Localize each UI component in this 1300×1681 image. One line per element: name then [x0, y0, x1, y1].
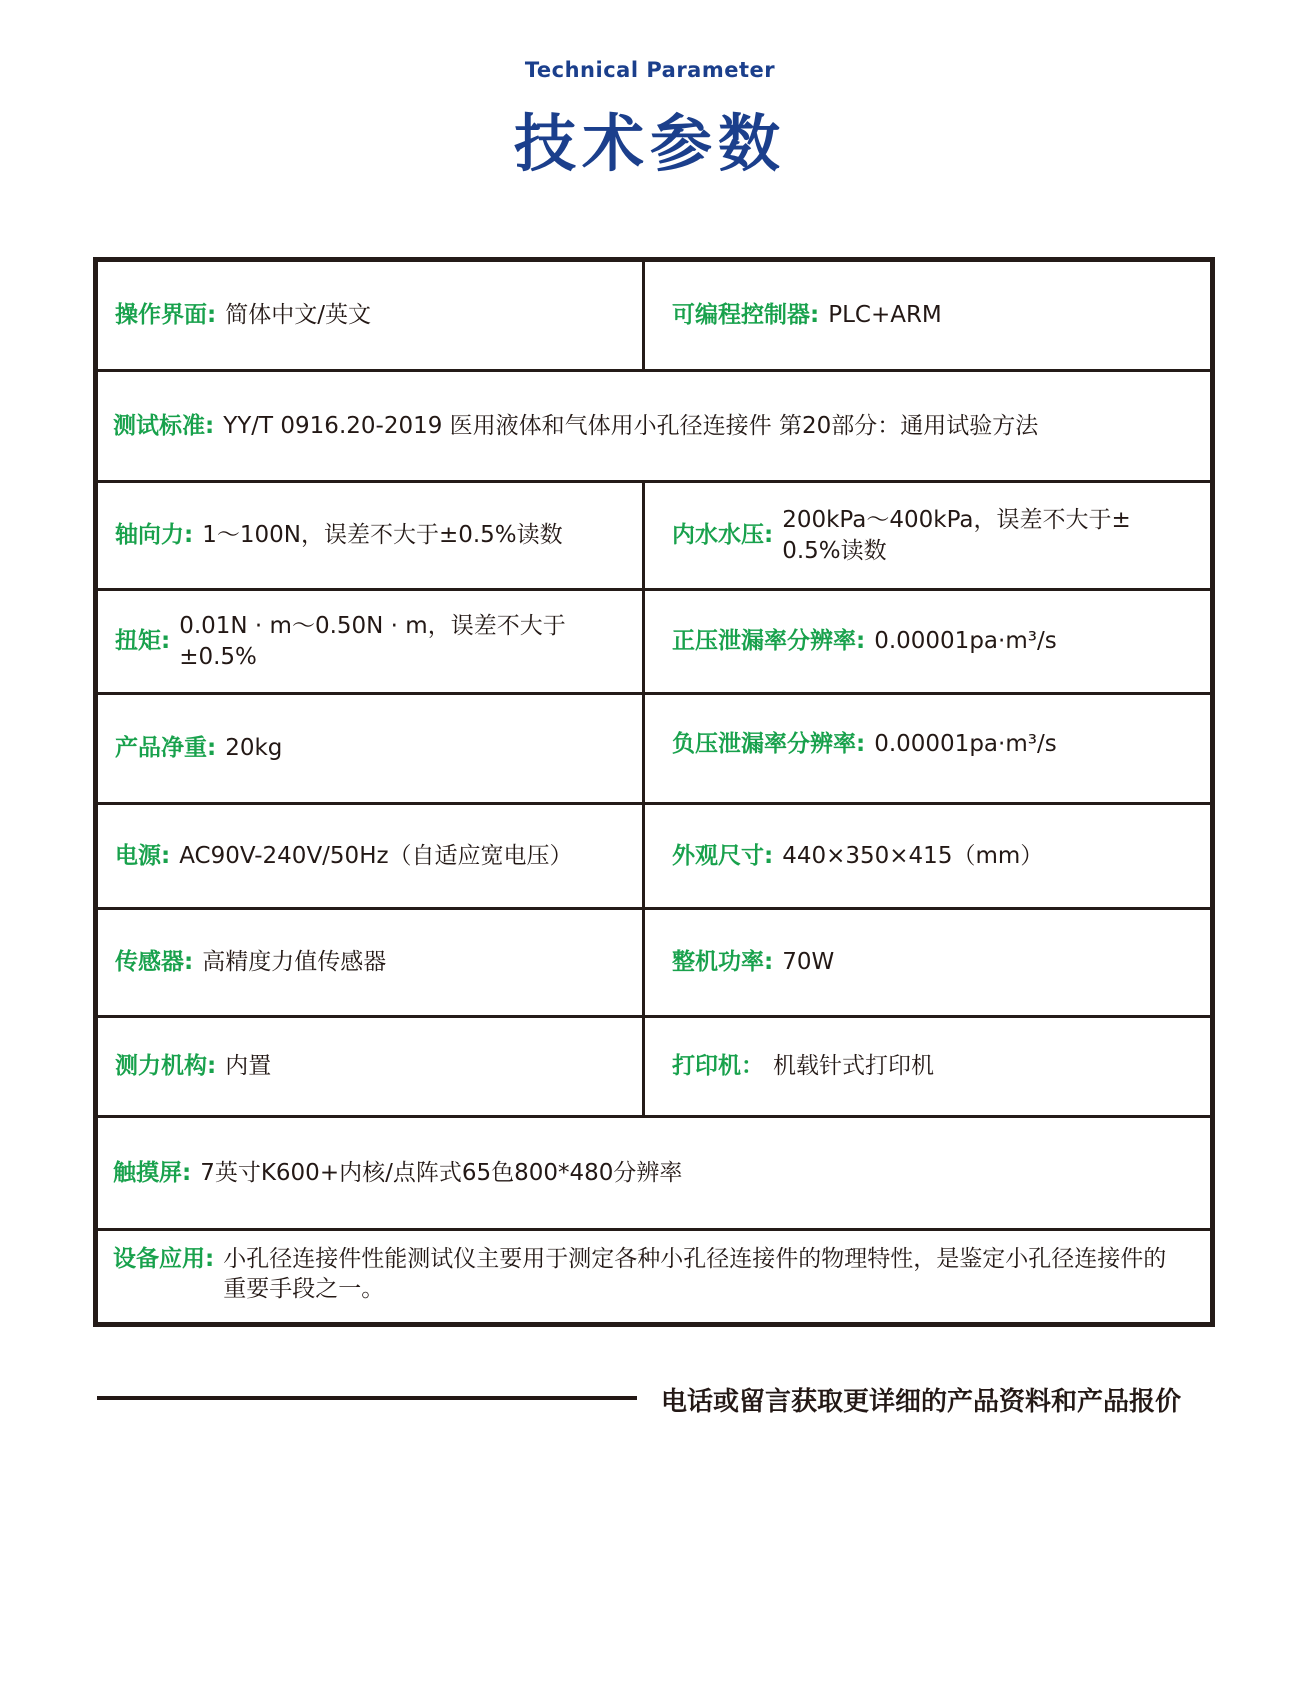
application-value: 小孔径连接件性能测试仪主要用于测定各种小孔径连接件的物理特性，是鉴定小孔径连接件… — [223, 1244, 1166, 1305]
water-pressure-label: 内水水压: — [672, 520, 773, 550]
positive-leak-resolution-value: 0.00001pa·m³/s — [874, 626, 1056, 656]
printer-label: 打印机： — [672, 1051, 764, 1081]
negative-leak-resolution-value: 0.00001pa·m³/s — [874, 729, 1056, 759]
net-weight-label: 产品净重: — [115, 733, 216, 763]
axial-force-value: 1～100N，误差不大于±0.5%读数 — [202, 520, 562, 550]
cell-touchscreen: 触摸屏: 7英寸K600+内核/点阵式65色800*480分辨率 — [98, 1118, 1210, 1228]
cell-torque: 扭矩: 0.01N · m～0.50N · m，误差不大于±0.5% — [98, 591, 645, 692]
table-row: 电源: AC90V-240V/50Hz（自适应宽电压） 外观尺寸: 440×35… — [98, 805, 1210, 910]
table-row: 轴向力: 1～100N，误差不大于±0.5%读数 内水水压: 200kPa～40… — [98, 483, 1210, 591]
cell-power-supply: 电源: AC90V-240V/50Hz（自适应宽电压） — [98, 805, 645, 907]
negative-leak-resolution-label: 负压泄漏率分辨率: — [672, 729, 865, 759]
table-row: 传感器: 高精度力值传感器 整机功率: 70W — [98, 910, 1210, 1018]
force-mechanism-value: 内置 — [225, 1051, 271, 1081]
table-row: 产品净重: 20kg 负压泄漏率分辨率: 0.00001pa·m³/s — [98, 695, 1210, 805]
cell-negative-leak-resolution: 负压泄漏率分辨率: 0.00001pa·m³/s — [645, 695, 1210, 802]
table-row: 测力机构: 内置 打印机： 机载针式打印机 — [98, 1018, 1210, 1118]
cell-plc-controller: 可编程控制器: PLC+ARM — [645, 262, 1210, 369]
cell-ui-language: 操作界面: 简体中文/英文 — [98, 262, 645, 369]
table-row: 扭矩: 0.01N · m～0.50N · m，误差不大于±0.5% 正压泄漏率… — [98, 591, 1210, 695]
cell-printer: 打印机： 机载针式打印机 — [645, 1018, 1210, 1115]
cell-positive-leak-resolution: 正压泄漏率分辨率: 0.00001pa·m³/s — [645, 591, 1210, 692]
power-supply-label: 电源: — [115, 841, 170, 871]
cell-dimensions: 外观尺寸: 440×350×415（mm） — [645, 805, 1210, 907]
table-row: 触摸屏: 7英寸K600+内核/点阵式65色800*480分辨率 — [98, 1118, 1210, 1231]
power-supply-value: AC90V-240V/50Hz（自适应宽电压） — [179, 841, 572, 871]
printer-value: 机载针式打印机 — [773, 1051, 934, 1081]
ui-language-label: 操作界面: — [115, 300, 216, 330]
cell-sensor: 传感器: 高精度力值传感器 — [98, 910, 645, 1015]
spec-table: 操作界面: 简体中文/英文 可编程控制器: PLC+ARM 测试标准: YY/T… — [93, 257, 1215, 1327]
cell-test-standard: 测试标准: YY/T 0916.20-2019 医用液体和气体用小孔径连接件 第… — [98, 372, 1210, 480]
footer-contact-note: 电话或留言获取更详细的产品资料和产品报价 — [661, 1381, 1181, 1418]
table-row: 操作界面: 简体中文/英文 可编程控制器: PLC+ARM — [98, 262, 1210, 372]
ui-language-value: 简体中文/英文 — [225, 300, 371, 330]
total-power-label: 整机功率: — [672, 947, 773, 977]
cell-net-weight: 产品净重: 20kg — [98, 695, 645, 802]
cell-application: 设备应用: 小孔径连接件性能测试仪主要用于测定各种小孔径连接件的物理特性，是鉴定… — [98, 1231, 1210, 1322]
positive-leak-resolution-label: 正压泄漏率分辨率: — [672, 626, 865, 656]
application-label: 设备应用: — [113, 1244, 214, 1274]
torque-value: 0.01N · m～0.50N · m，误差不大于±0.5% — [179, 611, 634, 672]
plc-controller-label: 可编程控制器: — [672, 300, 819, 330]
test-standard-value: YY/T 0916.20-2019 医用液体和气体用小孔径连接件 第20部分：通… — [223, 411, 1038, 441]
page-subtitle: Technical Parameter — [0, 58, 1300, 82]
dimensions-value: 440×350×415（mm） — [782, 841, 1043, 871]
net-weight-value: 20kg — [225, 733, 282, 763]
water-pressure-value: 200kPa～400kPa，误差不大于± 0.5%读数 — [782, 505, 1131, 566]
torque-label: 扭矩: — [115, 626, 170, 656]
table-row: 测试标准: YY/T 0916.20-2019 医用液体和气体用小孔径连接件 第… — [98, 372, 1210, 483]
cell-water-pressure: 内水水压: 200kPa～400kPa，误差不大于± 0.5%读数 — [645, 483, 1210, 588]
test-standard-label: 测试标准: — [113, 411, 214, 441]
touchscreen-value: 7英寸K600+内核/点阵式65色800*480分辨率 — [200, 1158, 682, 1188]
cell-total-power: 整机功率: 70W — [645, 910, 1210, 1015]
total-power-value: 70W — [782, 947, 834, 977]
force-mechanism-label: 测力机构: — [115, 1051, 216, 1081]
sensor-value: 高精度力值传感器 — [202, 947, 386, 977]
touchscreen-label: 触摸屏: — [113, 1158, 191, 1188]
dimensions-label: 外观尺寸: — [672, 841, 773, 871]
table-row: 设备应用: 小孔径连接件性能测试仪主要用于测定各种小孔径连接件的物理特性，是鉴定… — [98, 1231, 1210, 1322]
axial-force-label: 轴向力: — [115, 520, 193, 550]
sensor-label: 传感器: — [115, 947, 193, 977]
cell-axial-force: 轴向力: 1～100N，误差不大于±0.5%读数 — [98, 483, 645, 588]
divider-line — [97, 1396, 637, 1400]
cell-force-mechanism: 测力机构: 内置 — [98, 1018, 645, 1115]
page-title: 技术参数 — [0, 94, 1300, 183]
plc-controller-value: PLC+ARM — [828, 300, 942, 330]
